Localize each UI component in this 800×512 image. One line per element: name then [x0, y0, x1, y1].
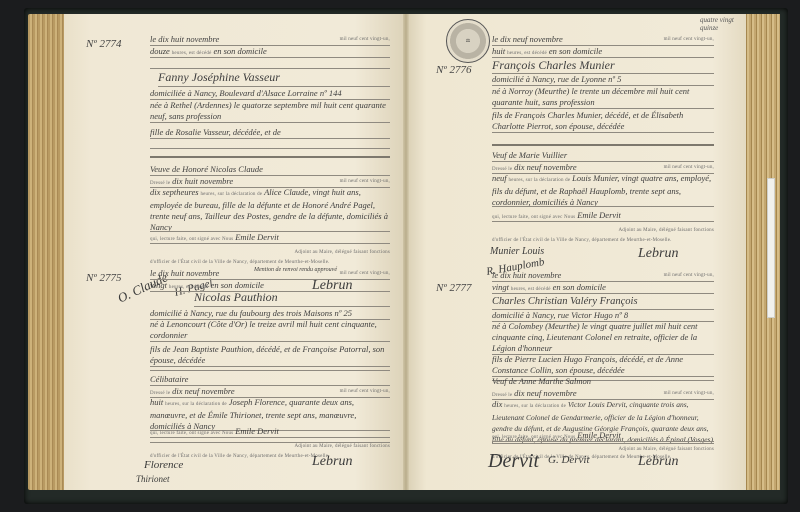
entry-time-line: douze heures, est décédé en son domicile — [150, 46, 390, 58]
deceased-name: Fanny Joséphine Vasseur — [158, 72, 280, 84]
marital-status: Veuf de Marie Vuillier — [492, 150, 567, 160]
signature: Munier Louis — [490, 246, 544, 257]
marital-status: Célibataire — [150, 374, 188, 384]
entry-number: Nº 2775 — [86, 272, 122, 284]
entry-number: Nº 2774 — [86, 38, 122, 50]
signature: Florence — [144, 459, 183, 471]
marital-status: Veuf de Anne Marthe Salmon — [492, 376, 591, 386]
page-corner-note: quatre vingt quinze — [700, 16, 746, 32]
entry-number: Nº 2776 — [436, 64, 472, 76]
deceased-name: Nicolas Pauthion — [194, 292, 278, 304]
official-name: Emile Dervit — [235, 232, 279, 242]
bookmark-ribbon — [767, 178, 775, 318]
signature: Lebrun — [312, 454, 352, 470]
page-edges-left — [28, 14, 66, 490]
signature: Lebrun — [638, 454, 678, 470]
marital-status: Veuve de Honoré Nicolas Claude — [150, 164, 263, 174]
signature: Lebrun — [638, 246, 678, 262]
municipal-seal-icon: ⚖ — [446, 19, 490, 63]
entry-number: Nº 2777 — [436, 282, 472, 294]
left-page: Nº 2774 le dix huit novembre mil neuf ce… — [64, 14, 406, 490]
deceased-name: Charles Christian Valéry François — [492, 296, 638, 307]
signature: G. Dervit — [548, 454, 590, 466]
deceased-name: François Charles Munier — [492, 60, 615, 72]
signature: Thirionet — [136, 474, 170, 484]
entry-date-line: le dix huit novembre mil neuf cent vingt… — [150, 34, 390, 46]
deceased-name-line: Fanny Joséphine Vasseur — [158, 72, 390, 87]
signature: Dervit — [488, 450, 539, 473]
right-page: quatre vingt quinze Nº 2776 le dix neuf … — [406, 14, 746, 490]
entry-date: le dix huit novembre — [150, 34, 219, 44]
book-gutter — [403, 14, 409, 490]
